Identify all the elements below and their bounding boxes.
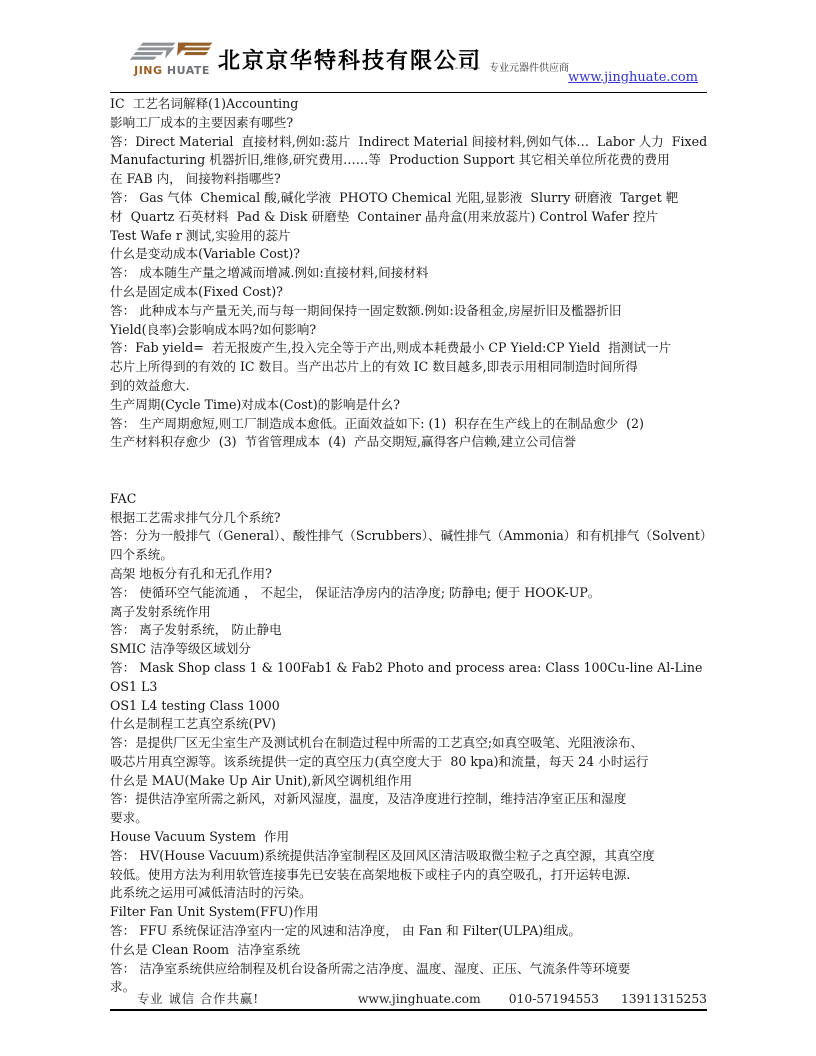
text-line: 答： Mask Shop class 1 & 100Fab1 & Fab2 Ph… [110,659,710,697]
text-line [110,471,710,490]
text-line: 高架 地板分有孔和无孔作用? [110,565,710,584]
text-line: 生产材料积存愈少 (3) 节省管理成本 (4) 产品交期短,赢得客户信赖,建立公… [110,433,710,452]
text-line: SMIC 洁净等级区域划分 [110,640,710,659]
text-line: Filter Fan Unit System(FFU)作用 [110,903,710,922]
jing-huate-logo-icon [129,41,215,65]
text-line: 离子发射系统作用 [110,603,710,622]
logo-wordmark-huate: HUATE [167,64,210,77]
text-line: 答：是提供厂区无尘室生产及测试机台在制造过程中所需的工艺真空;如真空吸笔、光阻液… [110,734,710,753]
text-line: 四个系统。 [110,546,710,565]
text-line: Test Wafe r 测试,实验用的蕊片 [110,227,710,246]
text-line: 答： 洁净室系统供应给制程及机台设备所需之洁净度、温度、湿度、正压、气流条件等环… [110,960,710,979]
text-line: 答： 使循环空气能流通 ， 不起尘， 保证洁净房内的洁净度; 防静电; 便于 H… [110,584,710,603]
text-line: 什幺是固定成本(Fixed Cost)? [110,283,710,302]
footer-slogan: 专业 诚信 合作共赢! [137,989,259,1007]
text-line: Manufacturing 机器折旧,维修,研究费用……等 Production… [110,151,710,170]
text-line: 答： 此种成本与产量无关,而与每一期间保持一固定数额.例如:设备租金,房屋折旧及… [110,302,710,321]
text-line: 什幺是 MAU(Make Up Air Unit),新风空调机组作用 [110,772,710,791]
footer-divider [110,1009,707,1011]
text-line: 在 FAB 内， 间接物料指哪些? [110,170,710,189]
text-line: House Vacuum System 作用 [110,828,710,847]
company-logo: JING HUATE [127,41,217,77]
text-line: 影响工厂成本的主要因素有哪些? [110,114,710,133]
text-line: 答： 生产周期愈短,则工厂制造成本愈低。正面效益如下: (1) 积存在生产线上的… [110,415,710,434]
text-line: 答： 离子发射系统， 防止静电 [110,621,710,640]
tagline-text: 专业元器件供应商 [489,63,569,74]
text-line: FAC [110,490,710,509]
document-lines: IC 工艺名词解释(1)Accounting影响工厂成本的主要因素有哪些?答：D… [110,95,710,997]
text-line: 答： Gas 气体 Chemical 酸,碱化学液 PHOTO Chemical… [110,189,710,208]
text-line: 什幺是制程工艺真空系统(PV) [110,715,710,734]
logo-wordmark: JING HUATE [127,65,217,77]
text-line: 什幺是 Clean Room 洁净室系统 [110,941,710,960]
text-line: IC 工艺名词解释(1)Accounting [110,95,710,114]
document-page: JING HUATE 北京京华特科技有限公司 --------专业元器件供应商 … [0,0,816,1056]
footer: 专业 诚信 合作共赢! www.jinghuate.com 010-571945… [110,989,707,1007]
website-link[interactable]: www.jinghuate.com [568,70,698,85]
text-line: 芯片上所得到的有效的 IC 数目。当产出芯片上的有效 IC 数目越多,即表示用相… [110,358,710,377]
text-line: 答： 成本随生产量之增减而增减.例如:直接材料,间接材料 [110,264,710,283]
text-line: Yield(良率)会影响成本吗?如何影响? [110,321,710,340]
text-line: 什幺是变动成本(Variable Cost)? [110,245,710,264]
text-line: 材 Quartz 石英材料 Pad & Disk 研磨垫 Container 晶… [110,208,710,227]
text-line: 答：提供洁净室所需之新风，对新风湿度，温度，及洁净度进行控制，维持洁净室正压和湿… [110,790,710,809]
text-line: 答： HV(House Vacuum)系统提供洁净室制程区及回风区清洁吸取微尘粒… [110,847,710,866]
text-line: 吸芯片用真空源等。该系统提供一定的真空压力(真空度大于 80 kpa)和流量，每… [110,753,710,772]
text-line: 答： FFU 系统保证洁净室内一定的风速和洁净度， 由 Fan 和 Filter… [110,922,710,941]
company-name: 北京京华特科技有限公司 [218,44,482,75]
text-line: OS1 L4 testing Class 1000 [110,697,710,716]
text-line: 答：Direct Material 直接材料,例如:蕊片 Indirect Ma… [110,133,710,152]
footer-website: www.jinghuate.com [358,992,481,1006]
text-line: 根据工艺需求排气分几个系统? [110,509,710,528]
text-line: 到的效益愈大. [110,377,710,396]
text-line [110,452,710,471]
text-line: 要求。 [110,809,710,828]
logo-wordmark-jing: JING [134,64,162,77]
header-divider [110,92,707,93]
text-line: 答：Fab yield= 若无报废产生,投入完全等于产出,则成本耗费最小 CP … [110,339,710,358]
text-line: 答：分为一般排气（General）、酸性排气（Scrubbers）、碱性排气（A… [110,527,710,546]
tagline-dashes: -------- [446,63,481,74]
text-line: 较低。使用方法为利用软管连接事先已安装在高架地板下或柱子内的真空吸孔，打开运转电… [110,866,710,885]
text-line: 此系统之运用可减低清洁时的污染。 [110,884,710,903]
tagline: --------专业元器件供应商 [446,59,569,74]
footer-phone-landline: 010-57194553 [509,992,599,1006]
footer-phone-mobile: 13911315253 [621,992,707,1006]
text-line: 生产周期(Cycle Time)对成本(Cost)的影响是什幺? [110,396,710,415]
